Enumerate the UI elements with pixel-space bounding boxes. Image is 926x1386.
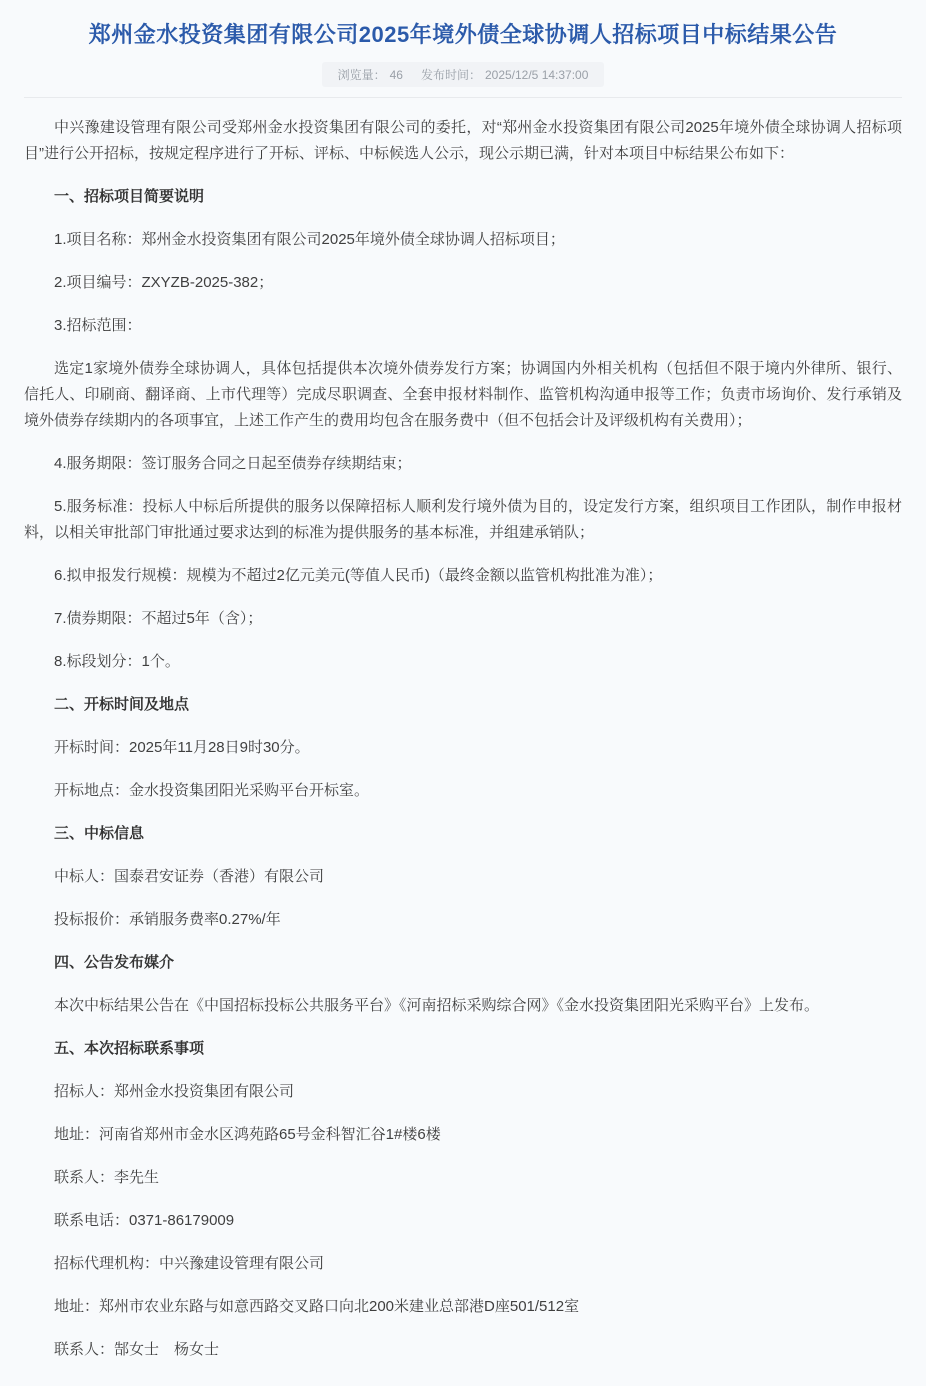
paragraph: 投标报价：承销服务费率0.27%/年 xyxy=(24,907,902,933)
paragraph: 1.项目名称：郑州金水投资集团有限公司2025年境外债全球协调人招标项目； xyxy=(24,227,902,253)
paragraph: 8.标段划分：1个。 xyxy=(24,649,902,675)
announcement-body: 中兴豫建设管理有限公司受郑州金水投资集团有限公司的委托，对“郑州金水投资集团有限… xyxy=(24,115,902,1386)
section-heading: 四、公告发布媒介 xyxy=(24,950,902,976)
section-heading: 二、开标时间及地点 xyxy=(24,692,902,718)
paragraph: 开标地点：金水投资集团阳光采购平台开标室。 xyxy=(24,778,902,804)
meta-info: 浏览量：46发布时间：2025/12/5 14:37:00 xyxy=(322,62,605,87)
section-heading: 三、中标信息 xyxy=(24,821,902,847)
views-label: 浏览量： xyxy=(338,68,386,82)
header-divider xyxy=(24,97,902,98)
page-title: 郑州金水投资集团有限公司2025年境外债全球协调人招标项目中标结果公告 xyxy=(34,20,892,50)
paragraph: 开标时间：2025年11月28日9时30分。 xyxy=(24,735,902,761)
publish-time-value: 2025/12/5 14:37:00 xyxy=(485,68,588,82)
section-heading: 五、本次招标联系事项 xyxy=(24,1036,902,1062)
section-heading: 一、招标项目简要说明 xyxy=(24,184,902,210)
paragraph: 6.拟申报发行规模：规模为不超过2亿元美元(等值人民币)（最终金额以监管机构批准… xyxy=(24,563,902,589)
paragraph: 地址：河南省郑州市金水区鸿苑路65号金科智汇谷1#楼6楼 xyxy=(24,1122,902,1148)
paragraph: 联系人：李先生 xyxy=(24,1165,902,1191)
paragraph: 选定1家境外债券全球协调人，具体包括提供本次境外债券发行方案；协调国内外相关机构… xyxy=(24,356,902,434)
paragraph: 招标人：郑州金水投资集团有限公司 xyxy=(24,1079,902,1105)
views-count: 46 xyxy=(390,68,403,82)
announcement-page: 郑州金水投资集团有限公司2025年境外债全球协调人招标项目中标结果公告 浏览量：… xyxy=(0,0,926,1386)
paragraph: 招标代理机构：中兴豫建设管理有限公司 xyxy=(24,1251,902,1277)
paragraph: 5.服务标准：投标人中标后所提供的服务以保障招标人顺利发行境外债为目的，设定发行… xyxy=(24,494,902,546)
paragraph: 中兴豫建设管理有限公司受郑州金水投资集团有限公司的委托，对“郑州金水投资集团有限… xyxy=(24,115,902,167)
paragraph: 2.项目编号：ZXYZB-2025-382； xyxy=(24,270,902,296)
meta-bar: 浏览量：46发布时间：2025/12/5 14:37:00 xyxy=(24,62,902,87)
paragraph: 4.服务期限：签订服务合同之日起至债券存续期结束； xyxy=(24,451,902,477)
paragraph: 中标人：国泰君安证券（香港）有限公司 xyxy=(24,864,902,890)
paragraph: 联系人：郜女士 杨女士 xyxy=(24,1337,902,1363)
paragraph: 地址：郑州市农业东路与如意西路交叉路口向北200米建业总部港D座501/512室 xyxy=(24,1294,902,1320)
publish-time-label: 发布时间： xyxy=(421,68,481,82)
paragraph: 本次中标结果公告在《中国招标投标公共服务平台》《河南招标采购综合网》《金水投资集… xyxy=(24,993,902,1019)
paragraph: 7.债券期限：不超过5年（含）； xyxy=(24,606,902,632)
paragraph: 联系电话：0371-86179009 xyxy=(24,1208,902,1234)
paragraph: 3.招标范围： xyxy=(24,313,902,339)
